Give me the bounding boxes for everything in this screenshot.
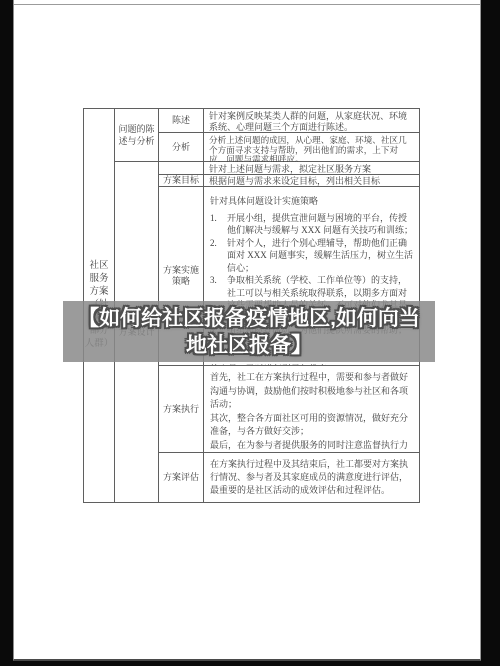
subrow-label-statement: 陈述 <box>159 109 204 132</box>
analysis-content: 分析上述问题的成因，从心理、家庭、环境、社区几个方面寻求支持与帮助，列出他们的需… <box>204 133 419 162</box>
execution-line-second: 其次，整合各方面社区可用的资源情况，做好充分准备，与各方做好交涉； <box>210 412 413 439</box>
execution-line-last: 最后，在为参与者提供服务的同时注意监督执行力度，出现危机时要及时处理。 <box>210 439 413 453</box>
table-row-plan-goal: 方案目标 根据问题与需求来设定目标，列出相关目标 <box>159 175 419 187</box>
row-header-line: 方案 <box>89 286 108 299</box>
table-row-plan-intro: 针对上述问题与需求，拟定社区服务方案 <box>159 162 419 175</box>
plan-intro-content: 针对上述问题与需求，拟定社区服务方案 <box>204 162 419 174</box>
subrow-label-evaluation: 方案评估 <box>159 453 204 502</box>
subrow-label-goal: 方案目标 <box>159 175 204 186</box>
subrow-label-analysis: 分析 <box>159 133 204 162</box>
section-a-label-line: 述与分析 <box>118 135 154 147</box>
statement-content: 针对案例反映某类人群的问题，从家庭状况、环境系统、心理问题三个方面进行陈述。 <box>204 109 419 132</box>
strategy-item-5-partially-obscured: 的人员，及时进行引导与教育。 <box>210 363 413 366</box>
table-row-plan-evaluation: 方案评估 在方案执行过程中及其结束后，社工都要对方案执行情况、参与者及其家庭成员… <box>159 453 419 502</box>
section-problem-statement-analysis: 问题的陈 述与分析 陈述 针对案例反映某类人群的问题，从家庭状况、环境系统、心理… <box>115 109 419 162</box>
row-header-line: 社区 <box>89 260 108 273</box>
table-row-plan-execution: 方案执行 首先，社工在方案执行过程中，需要和参与者做好沟通与协调，鼓励他们按时积… <box>159 366 419 453</box>
watermark-title-overlay: 【如何给社区报备疫情地区,如何向当 地社区报备】 <box>63 301 435 362</box>
page-top-edge-line <box>14 4 480 5</box>
section-a-label-line: 问题的陈 <box>118 123 154 135</box>
watermark-title-line-1: 【如何给社区报备疫情地区,如何向当 <box>78 305 420 332</box>
strategy-item-2: 2. 针对个人，进行个别心理辅导，帮助他们正确面对 XXX 问题事实，缓解生活压… <box>210 237 413 275</box>
plan-evaluation-content: 在方案执行过程中及其结束后，社工都要对方案执行情况、参与者及其家庭成员的满意度进… <box>204 453 419 502</box>
section-a-label: 问题的陈 述与分析 <box>115 109 159 161</box>
table-row-statement: 陈述 针对案例反映某类人群的问题，从家庭状况、环境系统、心理问题三个方面进行陈述… <box>159 109 419 133</box>
strategy-item-1: 1. 开展小组，提供宣泄问题与困境的平台，传授他们解决与缓解与 XXX 问题有关… <box>210 212 413 237</box>
row-header-line: 服务 <box>89 273 108 286</box>
subrow-label-execution: 方案执行 <box>159 366 204 452</box>
table-row-analysis: 分析 分析上述问题的成因，从心理、家庭、环境、社区几个方面寻求支持与帮助，列出他… <box>159 133 419 162</box>
strategy-intro: 针对具体问题设计实施策略 <box>210 195 413 208</box>
watermark-title-line-2: 地社区报备】 <box>186 332 312 359</box>
subrow-label-empty <box>159 162 204 174</box>
plan-execution-content: 首先，社工在方案执行过程中，需要和参与者做好沟通与协调，鼓励他们按时积极地参与社… <box>204 366 419 452</box>
execution-line-first: 首先，社工在方案执行过程中，需要和参与者做好沟通与协调，鼓励他们按时积极地参与社… <box>210 371 413 412</box>
plan-goal-content: 根据问题与需求来设定目标，列出相关目标 <box>204 175 419 186</box>
